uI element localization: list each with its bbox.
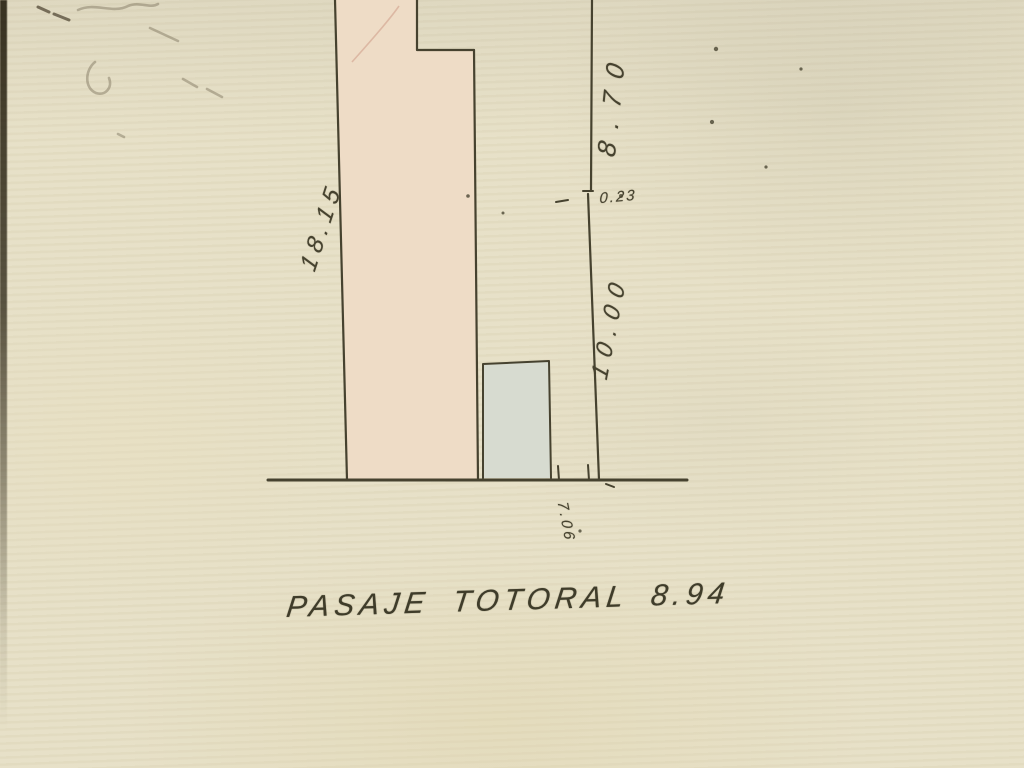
baseline-stray-dash <box>606 484 614 487</box>
plan-linework <box>0 0 1024 768</box>
baseline-tick-1 <box>558 466 559 480</box>
pencil-scribbles <box>38 4 222 137</box>
dimension-right-offset-label: 0.23 <box>599 187 636 207</box>
boundary-right-upper-line <box>591 0 592 191</box>
structure-blue-fill <box>483 361 551 478</box>
baseline-tick-2 <box>588 465 589 480</box>
scanned-survey-sheet: 18.15 8.70 0.23 10.00 7.06 PASAJE TOTORA… <box>0 0 1024 768</box>
scanned-paper-edge <box>0 0 7 768</box>
parcel-pink-fill <box>335 0 478 480</box>
jog-witness-dash <box>556 200 568 202</box>
boundary-notch-line <box>417 0 474 50</box>
